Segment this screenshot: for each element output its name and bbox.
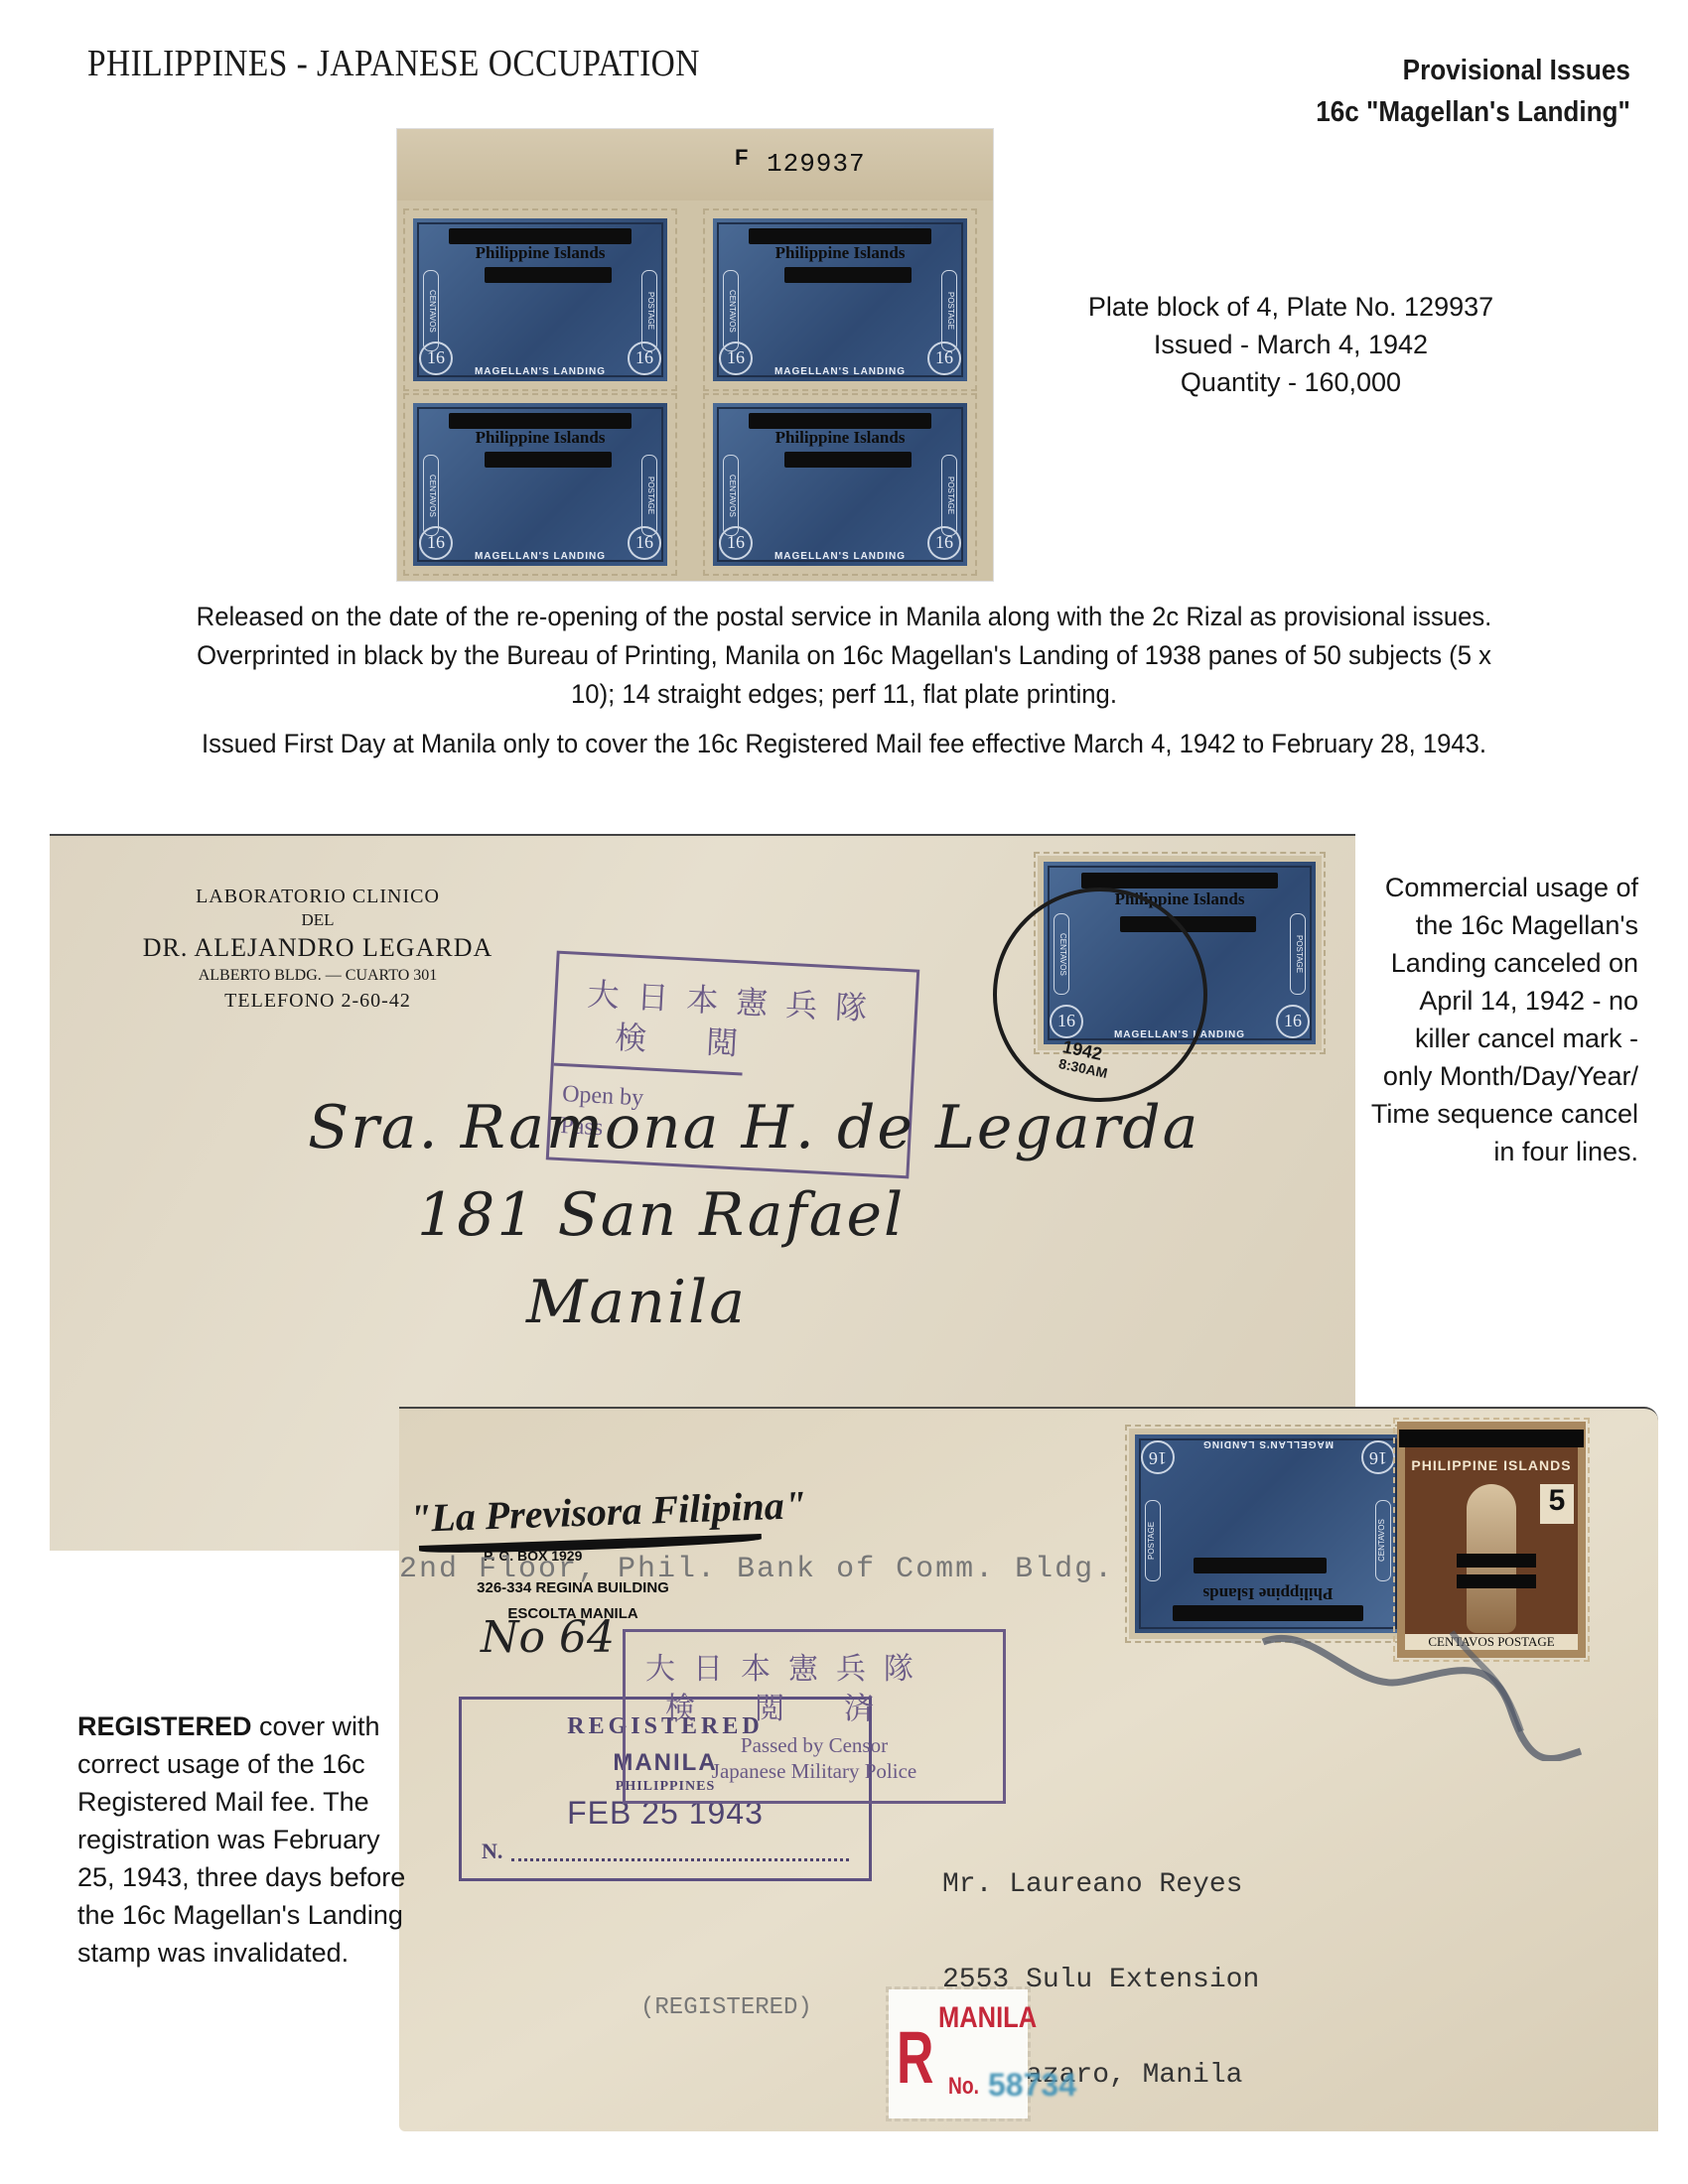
section-subtitle: 16c "Magellan's Landing": [1316, 91, 1630, 133]
registration-label: R MANILA No. 58734: [889, 1989, 1028, 2118]
plate-block-stamp: Philippine IslandsCENTAVOSPOSTAGE1616MAG…: [707, 212, 973, 387]
stamp-denomination: 16: [1361, 1440, 1395, 1474]
address-line: Sra. Ramona H. de Legarda: [308, 1084, 1199, 1171]
plate-number: 129937: [767, 149, 866, 179]
stamp-denomination: 16: [927, 526, 961, 560]
overprint-bar: [749, 413, 931, 429]
censor-english: Japanese Military Police: [626, 1759, 1003, 1784]
stamp-caption: MAGELLAN'S LANDING: [753, 366, 927, 377]
corner-card-line: DR. ALEJANDRO LEGARDA: [109, 931, 526, 965]
stamp-denomination: 16: [719, 526, 753, 560]
stamp-side-right: POSTAGE: [641, 455, 657, 536]
reg-label-city: MANILA: [938, 2001, 1037, 2035]
censor-divider: [554, 1063, 743, 1076]
section-title: Provisional Issues: [1316, 50, 1630, 91]
postmark-cancel: 1942 8:30AM: [993, 887, 1207, 1102]
stamp-denomination: 16: [1276, 1005, 1310, 1038]
plate-block-stamp: Philippine IslandsCENTAVOSPOSTAGE1616MAG…: [707, 397, 973, 572]
commercial-usage-note: Commercial usage of the 16c Magellan's L…: [1370, 869, 1638, 1170]
overprint-bar: [485, 452, 612, 468]
plate-block-description: Plate block of 4, Plate No. 129937 Issue…: [1033, 288, 1549, 401]
stamp-side-left: CENTAVOS: [1375, 1500, 1391, 1581]
corner-card-line: ALBERTO BLDG. — CUARTO 301: [109, 965, 526, 987]
plate-letter: F: [735, 145, 748, 171]
corner-card-line: TELEFONO 2-60-42: [109, 987, 526, 1015]
company-logo: "La Previsora Filipina": [408, 1481, 806, 1542]
censor-english: Passed by Censor: [626, 1733, 1003, 1758]
typed-registered: (REGISTERED): [640, 1994, 812, 2021]
plate-block-stamp: Philippine IslandsCENTAVOSPOSTAGE1616MAG…: [407, 212, 673, 387]
stamp-overprint: Philippine Islands: [713, 428, 967, 448]
registered-cover: "La Previsora Filipina" P. O. BOX 1929 2…: [399, 1407, 1658, 2131]
overprint-bar: [749, 228, 931, 244]
stamp-overprint: Philippine Islands: [413, 428, 667, 448]
overprint-bar: [1399, 1430, 1584, 1447]
note-text: cover with correct usage of the 16c Regi…: [77, 1711, 405, 1968]
plate-block-stamp: Philippine IslandsCENTAVOSPOSTAGE1616MAG…: [407, 397, 673, 572]
stamp-caption: MAGELLAN'S LANDING: [453, 366, 628, 377]
stamp-overprint: Philippine Islands: [1135, 1583, 1401, 1603]
stamp-denomination: 16: [419, 341, 453, 375]
postmark-time: 8:30AM: [1057, 1055, 1109, 1081]
overprint-bar: [449, 413, 632, 429]
reg-label-letter: R: [897, 2015, 933, 2100]
plate-desc-line: Issued - March 4, 1942: [1033, 326, 1549, 363]
stamp-side-left: CENTAVOS: [423, 455, 439, 536]
overprint-bar: [1457, 1554, 1536, 1568]
stamp-side-right: POSTAGE: [641, 270, 657, 351]
stamp-denomination: 16: [628, 341, 661, 375]
address-line: Manila: [308, 1259, 1199, 1346]
section-heading: Provisional Issues 16c "Magellan's Landi…: [1316, 50, 1630, 133]
stamp-denomination: 16: [1141, 1440, 1175, 1474]
overprint-bar: [485, 267, 612, 283]
censor-kanji: 検閲: [614, 1013, 798, 1068]
corner-card-line: LABORATORIO CLINICO: [109, 884, 526, 909]
stamp-caption: MAGELLAN'S LANDING: [1175, 1438, 1361, 1449]
overprint-bar: [1457, 1574, 1536, 1588]
plate-block-image: F 129937 Philippine IslandsCENTAVOSPOSTA…: [397, 129, 993, 581]
company-building: 326-334 REGINA BUILDING: [434, 1575, 712, 1601]
stamp-surcharge: 5: [1540, 1484, 1574, 1524]
note-bold: REGISTERED: [77, 1711, 252, 1741]
overprint-bar: [1081, 873, 1277, 888]
stamp-denomination: 16: [628, 526, 661, 560]
stamp-denomination: 16: [719, 341, 753, 375]
censor-handstamp: 大日本憲兵隊 検閲済 Passed by Censor Japanese Mil…: [623, 1629, 1006, 1804]
stamp-overprint: Philippine Islands: [413, 243, 667, 263]
magellan-stamp-inverted: Philippine IslandsCENTAVOSPOSTAGE1616MAG…: [1129, 1429, 1407, 1639]
registered-cover-note: REGISTERED cover with correct usage of t…: [77, 1707, 415, 1972]
censor-kanji: 検閲済: [665, 1684, 933, 1727]
reg-label-no: No.: [948, 2073, 979, 2101]
plate-desc-line: Plate block of 4, Plate No. 129937: [1033, 288, 1549, 326]
reg-label-number: 58734: [988, 2067, 1076, 2104]
handwritten-number: No 64: [481, 1612, 615, 1663]
issue-description: Released on the date of the re-opening o…: [184, 598, 1504, 714]
page-title: PHILIPPINES - JAPANESE OCCUPATION: [87, 42, 700, 85]
stamp-denomination: 16: [927, 341, 961, 375]
reg-no-label: N.: [482, 1839, 502, 1864]
stamp-side-left: CENTAVOS: [423, 270, 439, 351]
stamp-side-right: POSTAGE: [1145, 1500, 1161, 1581]
censor-kanji: 大日本憲兵隊: [645, 1644, 931, 1688]
overprint-bar: [784, 267, 912, 283]
stamp-overprint: Philippine Islands: [713, 243, 967, 263]
wavy-cancel-lines: [1253, 1612, 1591, 1761]
stamp-caption: MAGELLAN'S LANDING: [453, 551, 628, 562]
stamp-side-right: POSTAGE: [941, 455, 957, 536]
address-line: Mr. Laureano Reyes: [942, 1869, 1259, 1901]
stamp-side-left: CENTAVOS: [723, 455, 739, 536]
stamp-side-right: POSTAGE: [941, 270, 957, 351]
handwritten-address: Sra. Ramona H. de Legarda 181 San Rafael…: [308, 1084, 1199, 1346]
corner-card: LABORATORIO CLINICO DEL DR. ALEJANDRO LE…: [109, 884, 526, 1015]
overprint-bar: [1194, 1558, 1327, 1573]
reg-dotted-line: [511, 1858, 849, 1861]
stamp-side-right: POSTAGE: [1290, 913, 1306, 995]
plate-desc-line: Quantity - 160,000: [1033, 363, 1549, 401]
stamp-denomination: 16: [419, 526, 453, 560]
plate-selvage: F 129937: [397, 129, 993, 201]
corner-card-line: DEL: [109, 909, 526, 931]
overprint-bar: [449, 228, 632, 244]
stamp-country: PHILIPPINE ISLANDS: [1405, 1457, 1578, 1473]
stamp-side-left: CENTAVOS: [723, 270, 739, 351]
overprint-bar: [784, 452, 912, 468]
usage-description: Issued First Day at Manila only to cover…: [184, 725, 1504, 763]
address-line: 181 San Rafael: [308, 1171, 1199, 1259]
stamp-caption: MAGELLAN'S LANDING: [753, 551, 927, 562]
